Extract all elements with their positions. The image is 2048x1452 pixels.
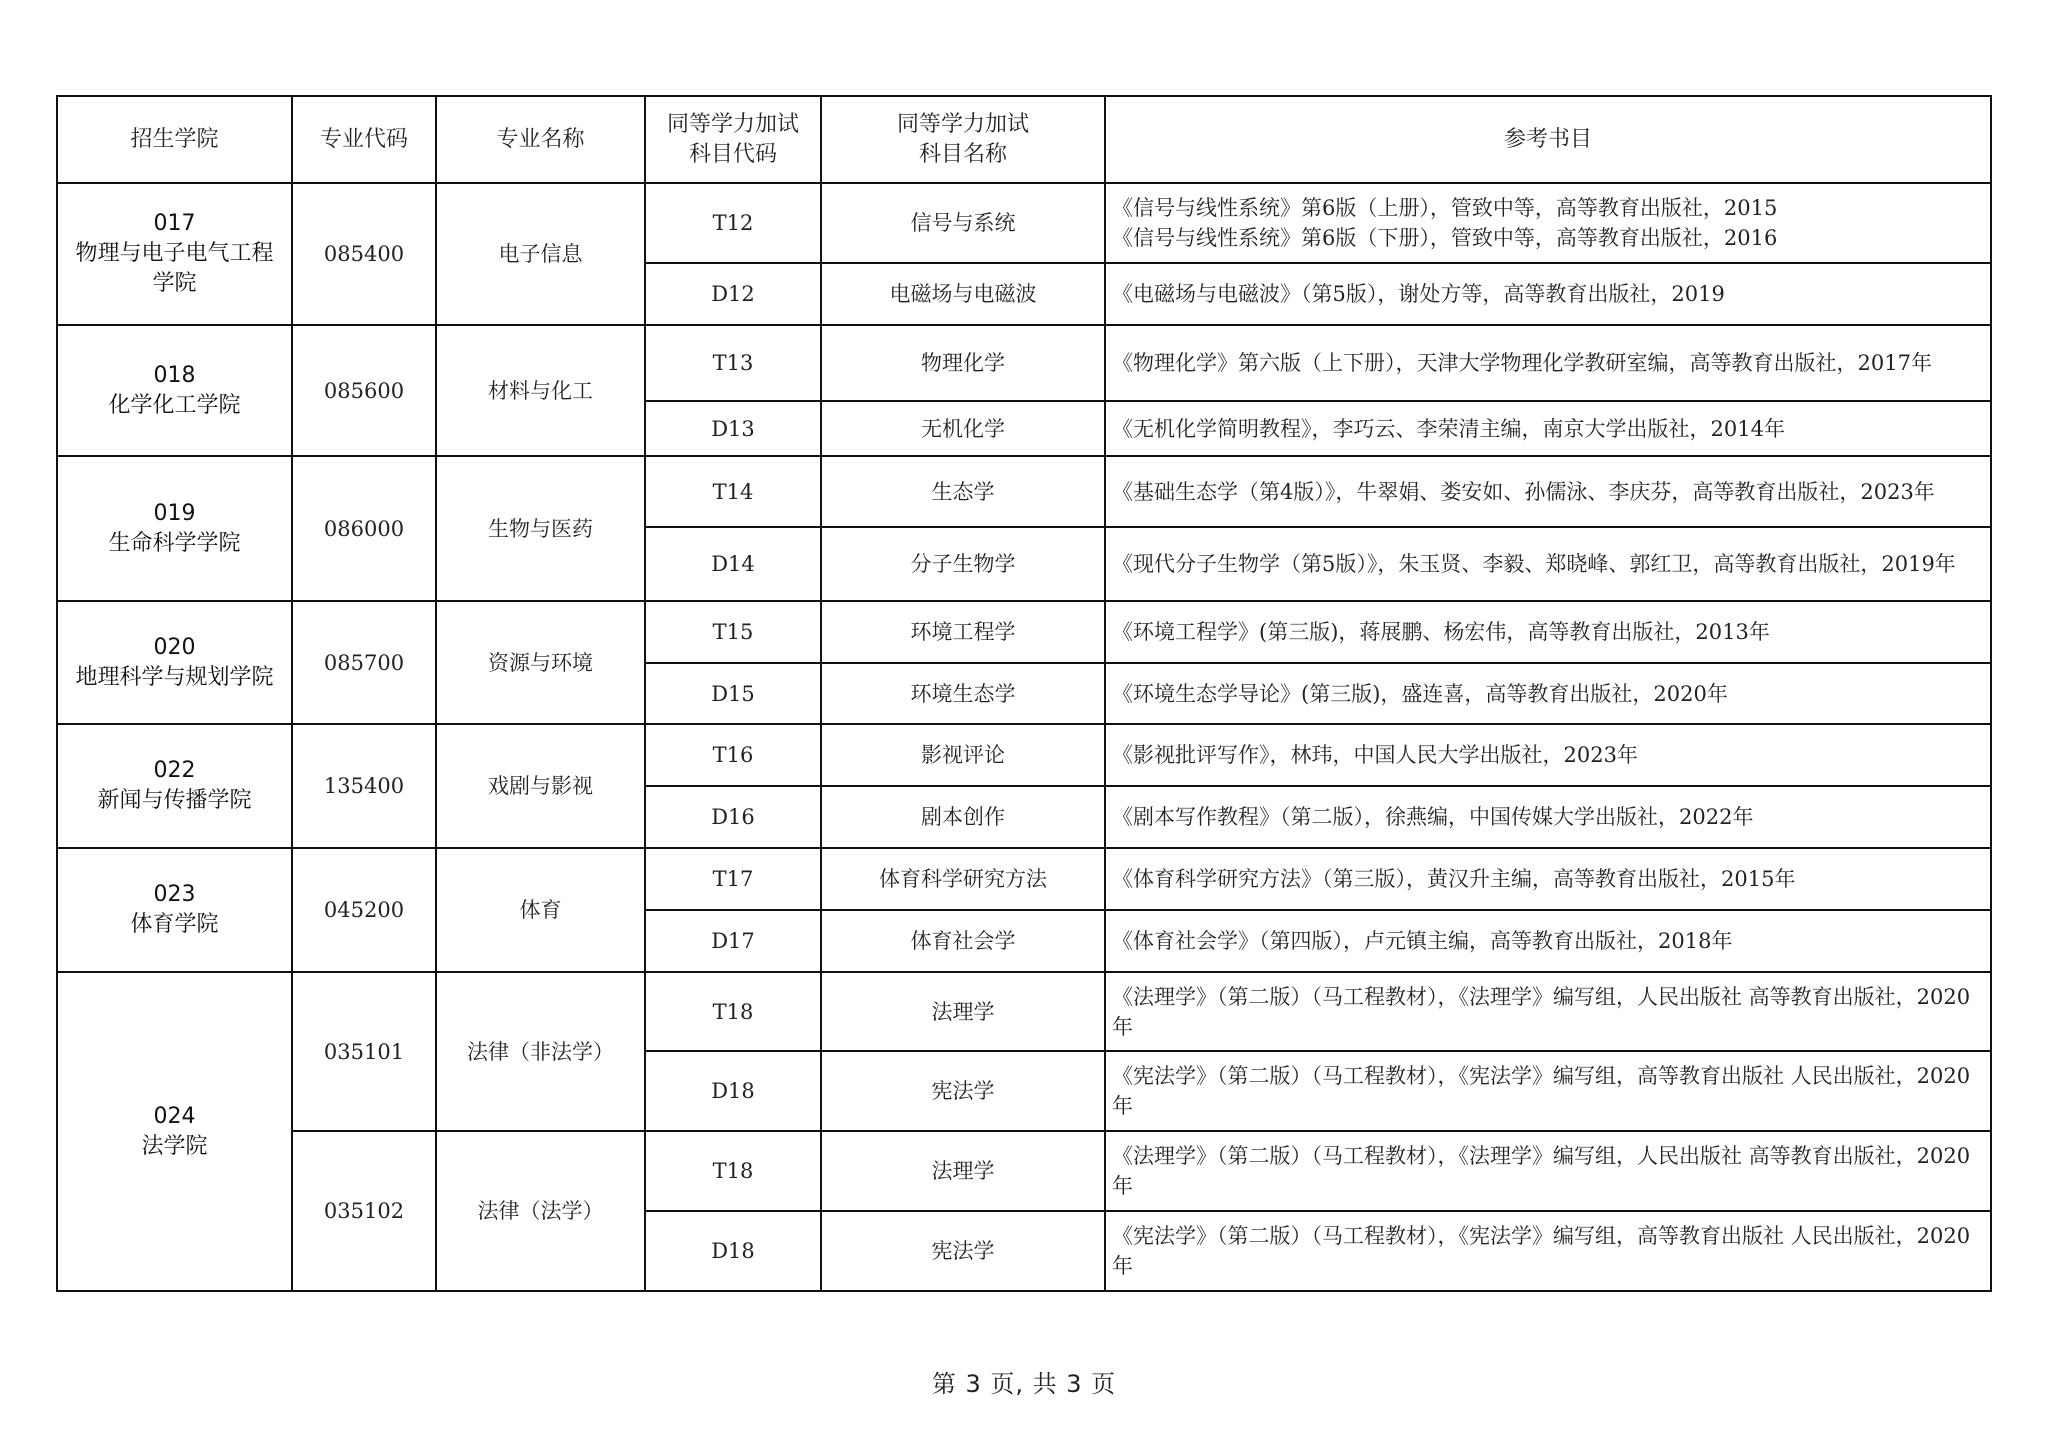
subject-code-cell: D14 — [645, 527, 821, 601]
subject-name-cell: 体育社会学 — [821, 910, 1105, 972]
header-major-code: 专业代码 — [292, 96, 436, 183]
major-name-cell: 戏剧与影视 — [436, 724, 645, 848]
subject-name-cell: 环境工程学 — [821, 601, 1105, 663]
header-major-name: 专业名称 — [436, 96, 645, 183]
books-cell: 《剧本写作教程》（第二版），徐燕编，中国传媒大学出版社，2022年 — [1105, 786, 1991, 848]
table-row: 024 法学院 035101 法律（非法学） T18 法理学 《法理学》（第二版… — [57, 972, 1991, 1051]
books-cell: 《影视批评写作》，林玮，中国人民大学出版社，2023年 — [1105, 724, 1991, 786]
subject-name-cell: 环境生态学 — [821, 663, 1105, 724]
subject-name-cell: 宪法学 — [821, 1051, 1105, 1131]
table-row: 020 地理科学与规划学院 085700 资源与环境 T15 环境工程学 《环境… — [57, 601, 1991, 663]
major-code-cell: 135400 — [292, 724, 436, 848]
major-code-cell: 035101 — [292, 972, 436, 1131]
college-cell: 023 体育学院 — [57, 848, 292, 972]
books-cell: 《电磁场与电磁波》（第5版），谢处方等，高等教育出版社，2019 — [1105, 263, 1991, 325]
college-cell: 020 地理科学与规划学院 — [57, 601, 292, 724]
major-code-cell: 085400 — [292, 183, 436, 325]
table-row: 023 体育学院 045200 体育 T17 体育科学研究方法 《体育科学研究方… — [57, 848, 1991, 910]
major-code-cell: 085600 — [292, 325, 436, 456]
subject-name-cell: 信号与系统 — [821, 183, 1105, 263]
major-code-cell: 085700 — [292, 601, 436, 724]
college-cell: 018 化学化工学院 — [57, 325, 292, 456]
books-cell: 《体育科学研究方法》（第三版），黄汉升主编，高等教育出版社，2015年 — [1105, 848, 1991, 910]
major-name-cell: 资源与环境 — [436, 601, 645, 724]
subject-code-cell: T18 — [645, 972, 821, 1051]
subject-name-cell: 体育科学研究方法 — [821, 848, 1105, 910]
college-cell: 024 法学院 — [57, 972, 292, 1291]
subject-name-cell: 法理学 — [821, 972, 1105, 1051]
books-cell: 《现代分子生物学（第5版）》，朱玉贤、李毅、郑晓峰、郭红卫，高等教育出版社，20… — [1105, 527, 1991, 601]
subject-code-cell: T17 — [645, 848, 821, 910]
subject-code-cell: T15 — [645, 601, 821, 663]
subject-name-cell: 无机化学 — [821, 401, 1105, 456]
subject-code-cell: T13 — [645, 325, 821, 401]
subject-code-cell: D18 — [645, 1211, 821, 1291]
subject-name-cell: 电磁场与电磁波 — [821, 263, 1105, 325]
major-code-cell: 045200 — [292, 848, 436, 972]
header-college: 招生学院 — [57, 96, 292, 183]
books-cell: 《环境工程学》(第三版)，蒋展鹏、杨宏伟，高等教育出版社，2013年 — [1105, 601, 1991, 663]
books-cell: 《环境生态学导论》(第三版)，盛连喜，高等教育出版社，2020年 — [1105, 663, 1991, 724]
subject-code-cell: D16 — [645, 786, 821, 848]
subject-code-cell: D17 — [645, 910, 821, 972]
table-row: 035102 法律（法学） T18 法理学 《法理学》（第二版）（马工程教材），… — [57, 1131, 1991, 1211]
header-row: 招生学院 专业代码 专业名称 同等学力加试 科目代码 同等学力加试 科目名称 参… — [57, 96, 1991, 183]
college-cell: 019 生命科学学院 — [57, 456, 292, 601]
subject-code-cell: T16 — [645, 724, 821, 786]
major-name-cell: 电子信息 — [436, 183, 645, 325]
table-row: 017 物理与电子电气工程 学院 085400 电子信息 T12 信号与系统 《… — [57, 183, 1991, 263]
college-cell: 022 新闻与传播学院 — [57, 724, 292, 848]
subject-code-cell: T14 — [645, 456, 821, 527]
books-cell: 《法理学》（第二版）（马工程教材），《法理学》编写组，人民出版社 高等教育出版社… — [1105, 1131, 1991, 1211]
books-cell: 《基础生态学（第4版）》，牛翠娟、娄安如、孙儒泳、李庆芬，高等教育出版社，202… — [1105, 456, 1991, 527]
subject-code-cell: D12 — [645, 263, 821, 325]
table-row: 018 化学化工学院 085600 材料与化工 T13 物理化学 《物理化学》第… — [57, 325, 1991, 401]
header-books: 参考书目 — [1105, 96, 1991, 183]
subject-name-cell: 剧本创作 — [821, 786, 1105, 848]
subject-code-cell: D15 — [645, 663, 821, 724]
books-cell: 《无机化学简明教程》，李巧云、李荣清主编，南京大学出版社，2014年 — [1105, 401, 1991, 456]
major-code-cell: 086000 — [292, 456, 436, 601]
header-subject-code: 同等学力加试 科目代码 — [645, 96, 821, 183]
header-subject-name: 同等学力加试 科目名称 — [821, 96, 1105, 183]
books-cell: 《法理学》（第二版）（马工程教材），《法理学》编写组，人民出版社 高等教育出版社… — [1105, 972, 1991, 1051]
major-name-cell: 生物与医药 — [436, 456, 645, 601]
books-cell: 《宪法学》（第二版）（马工程教材），《宪法学》编写组，高等教育出版社 人民出版社… — [1105, 1051, 1991, 1131]
books-cell: 《物理化学》第六版（上下册），天津大学物理化学教研室编，高等教育出版社，2017… — [1105, 325, 1991, 401]
subject-code-cell: T18 — [645, 1131, 821, 1211]
reference-books-table: 招生学院 专业代码 专业名称 同等学力加试 科目代码 同等学力加试 科目名称 参… — [56, 95, 1992, 1292]
books-cell: 《宪法学》（第二版）（马工程教材），《宪法学》编写组，高等教育出版社 人民出版社… — [1105, 1211, 1991, 1291]
books-cell: 《信号与线性系统》第6版（上册），管致中等，高等教育出版社，2015 《信号与线… — [1105, 183, 1991, 263]
subject-code-cell: D18 — [645, 1051, 821, 1131]
college-cell: 017 物理与电子电气工程 学院 — [57, 183, 292, 325]
subject-name-cell: 法理学 — [821, 1131, 1105, 1211]
major-name-cell: 法律（非法学） — [436, 972, 645, 1131]
subject-code-cell: T12 — [645, 183, 821, 263]
subject-code-cell: D13 — [645, 401, 821, 456]
major-name-cell: 体育 — [436, 848, 645, 972]
subject-name-cell: 宪法学 — [821, 1211, 1105, 1291]
subject-name-cell: 生态学 — [821, 456, 1105, 527]
table-row: 022 新闻与传播学院 135400 戏剧与影视 T16 影视评论 《影视批评写… — [57, 724, 1991, 786]
subject-name-cell: 分子生物学 — [821, 527, 1105, 601]
table-row: 019 生命科学学院 086000 生物与医药 T14 生态学 《基础生态学（第… — [57, 456, 1991, 527]
subject-name-cell: 影视评论 — [821, 724, 1105, 786]
major-name-cell: 材料与化工 — [436, 325, 645, 456]
major-name-cell: 法律（法学） — [436, 1131, 645, 1291]
books-cell: 《体育社会学》（第四版），卢元镇主编，高等教育出版社，2018年 — [1105, 910, 1991, 972]
page-number: 第 3 页, 共 3 页 — [0, 1364, 2048, 1399]
subject-name-cell: 物理化学 — [821, 325, 1105, 401]
major-code-cell: 035102 — [292, 1131, 436, 1291]
